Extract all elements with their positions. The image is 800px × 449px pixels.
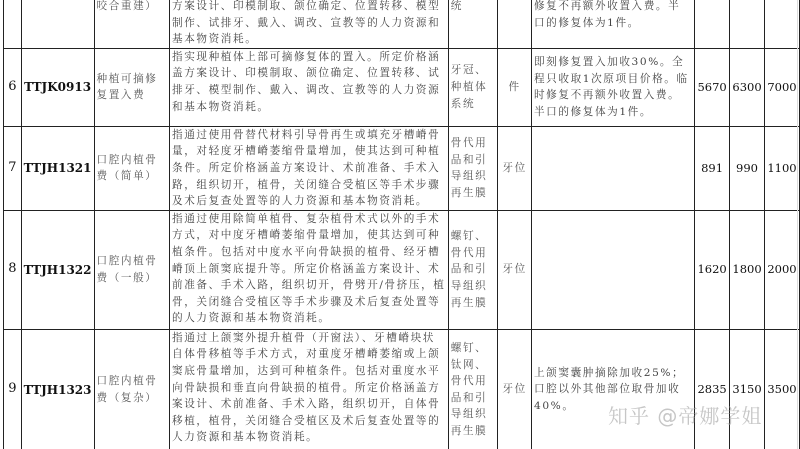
pricing-table: 咬合重建） 方案设计、印模制取、颌位确定、位置转移、模型制作、试排牙、戴入、调改… bbox=[3, 0, 800, 449]
item-unit bbox=[498, 0, 532, 48]
item-name: 口腔内植骨费（一般） bbox=[94, 210, 170, 329]
item-unit: 牙位 bbox=[498, 126, 532, 210]
price-3: 2000 bbox=[764, 210, 799, 329]
row-number: 9 bbox=[4, 329, 22, 449]
row-number: 6 bbox=[4, 48, 22, 126]
price-2 bbox=[730, 0, 765, 48]
item-materials: 牙冠、种植体系统 bbox=[448, 48, 497, 126]
item-note: 即刻修复置入加收30%。全程只收取1次原项目价格。临时修复不再额外收置入费。半口… bbox=[531, 48, 694, 126]
table-row: 7 TTJH1321 口腔内植骨费（简单） 指通过使用骨替代材料引导骨再生或填充… bbox=[4, 126, 800, 210]
row-number bbox=[4, 0, 22, 48]
price-1: 5670 bbox=[695, 48, 730, 126]
item-note bbox=[531, 126, 694, 210]
item-note: 上颌窦囊肿摘除加收25%；口腔以外其他部位取骨加收40%。 bbox=[531, 329, 694, 449]
item-materials: 螺钉、钛网、骨代用品和引导组织再生膜 bbox=[448, 329, 497, 449]
row-number: 8 bbox=[4, 210, 22, 329]
price-3: 3500 bbox=[764, 329, 799, 449]
item-unit: 牙位 bbox=[498, 210, 532, 329]
item-description: 方案设计、印模制取、颌位确定、位置转移、模型制作、试排牙、戴入、调改、宣教等的人… bbox=[170, 0, 449, 48]
item-description: 指通过上颌窦外提升植骨（开窗法）、牙槽嵴块状自体骨移植等手术方式，对重度牙槽嵴萎… bbox=[170, 329, 449, 449]
item-code: TTJH1323 bbox=[21, 329, 94, 449]
price-1 bbox=[695, 0, 730, 48]
item-unit: 牙位 bbox=[498, 329, 532, 449]
price-2: 3150 bbox=[730, 329, 765, 449]
item-name: 咬合重建） bbox=[94, 0, 170, 48]
item-materials: 螺钉、骨代用品和引导组织再生膜 bbox=[448, 210, 497, 329]
item-unit: 件 bbox=[498, 48, 532, 126]
item-description: 指通过使用除简单植骨、复杂植骨术式以外的手术方式，对中度牙槽嵴萎缩骨量增加，使其… bbox=[170, 210, 449, 329]
item-name: 口腔内植骨费（复杂） bbox=[94, 329, 170, 449]
scrollbar-track[interactable] bbox=[797, 0, 798, 449]
item-name: 口腔内植骨费（简单） bbox=[94, 126, 170, 210]
table-row: 6 TTJK0913 种植可摘修复置入费 指实现种植体上部可摘修复体的置入。所定… bbox=[4, 48, 800, 126]
item-name: 种植可摘修复置入费 bbox=[94, 48, 170, 126]
item-note bbox=[531, 210, 694, 329]
price-2: 990 bbox=[730, 126, 765, 210]
price-2: 1800 bbox=[730, 210, 765, 329]
item-materials: 骨代用品和引导组织再生膜 bbox=[448, 126, 497, 210]
table-row: 8 TTJH1322 口腔内植骨费（一般） 指通过使用除简单植骨、复杂植骨术式以… bbox=[4, 210, 800, 329]
price-2: 6300 bbox=[730, 48, 765, 126]
item-code: TTJK0913 bbox=[21, 48, 94, 126]
item-code: TTJH1321 bbox=[21, 126, 94, 210]
item-code: TTJH1322 bbox=[21, 210, 94, 329]
item-description: 指实现种植体上部可摘修复体的置入。所定价格涵盖方案设计、印模制取、颌位确定、位置… bbox=[170, 48, 449, 126]
table-row: 咬合重建） 方案设计、印模制取、颌位确定、位置转移、模型制作、试排牙、戴入、调改… bbox=[4, 0, 800, 48]
row-number: 7 bbox=[4, 126, 22, 210]
price-1: 2835 bbox=[695, 329, 730, 449]
table-row: 9 TTJH1323 口腔内植骨费（复杂） 指通过上颌窦外提升植骨（开窗法）、牙… bbox=[4, 329, 800, 449]
price-1: 1620 bbox=[695, 210, 730, 329]
watermark: 知乎 @帝娜学姐 bbox=[608, 400, 762, 429]
item-materials: 统 bbox=[448, 0, 497, 48]
item-description: 指通过使用骨替代材料引导骨再生或填充牙槽嵴骨量，对轻度牙槽嵴萎缩骨量增加，使其达… bbox=[170, 126, 449, 210]
item-note: 修复不再额外收置入费。半口的修复体为1件。 bbox=[531, 0, 694, 48]
price-3 bbox=[764, 0, 799, 48]
price-1: 891 bbox=[695, 126, 730, 210]
price-3: 1100 bbox=[764, 126, 799, 210]
item-code bbox=[21, 0, 94, 48]
price-3: 7000 bbox=[764, 48, 799, 126]
